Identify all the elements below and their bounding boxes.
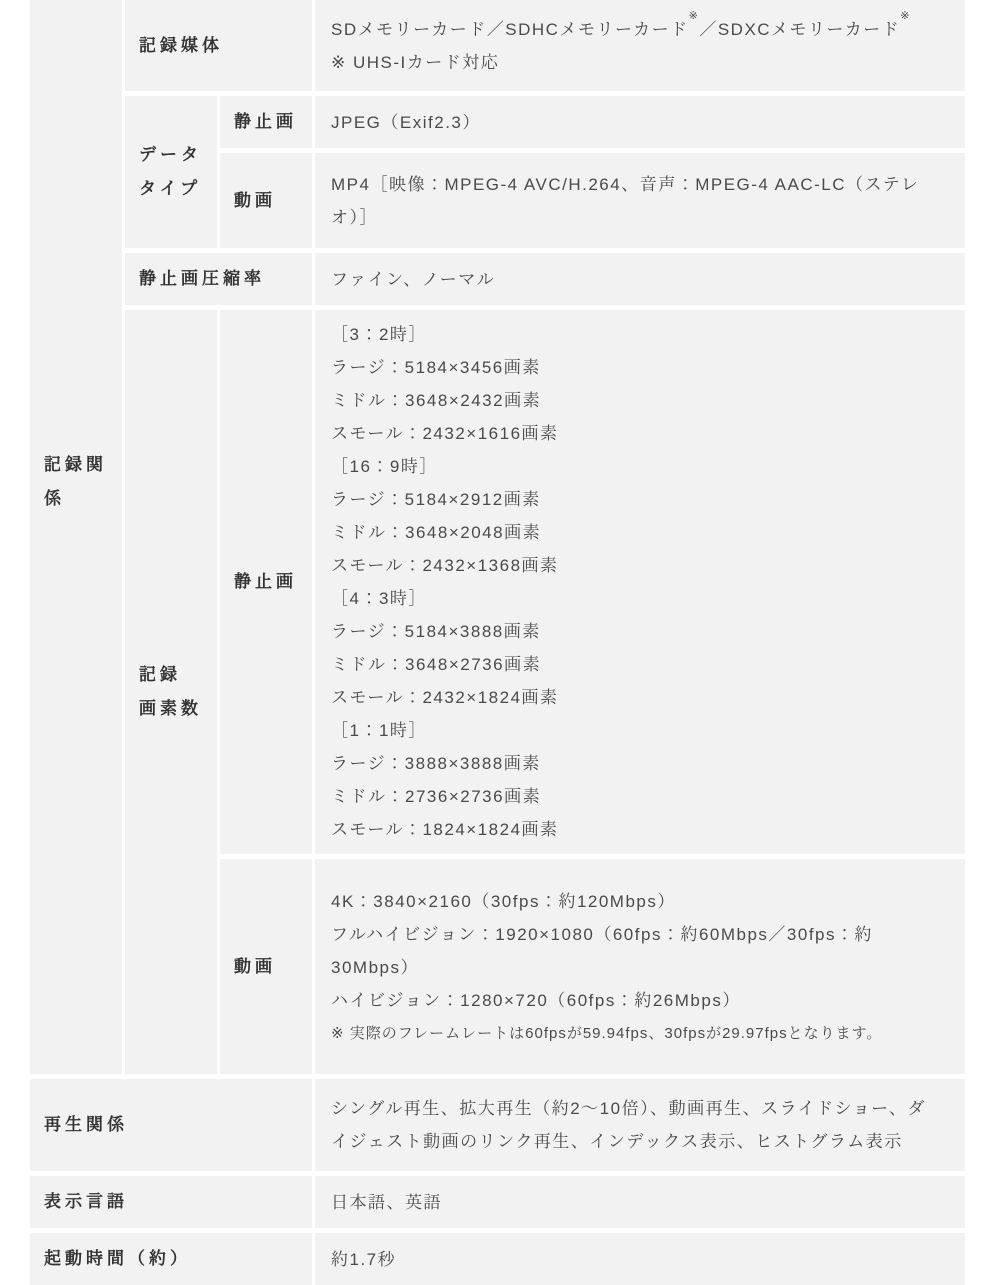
movie-framerate-note: ※ 実際のフレームレートは60fpsが59.94fps、30fpsが29.97f…	[331, 1019, 882, 1049]
value-compression: ファイン、ノーマル	[315, 253, 965, 305]
movie-recording-specs: 4K：3840×2160（30fps：約120Mbps） フルハイビジョン：19…	[331, 885, 939, 1017]
value-pixel-count-movie: 4K：3840×2160（30fps：約120Mbps） フルハイビジョン：19…	[315, 859, 965, 1074]
value-movie-format: MP4［映像：MPEG-4 AVC/H.264、音声：MPEG-4 AAC-LC…	[315, 153, 965, 248]
sub-label-movie: 動画	[220, 153, 312, 248]
section-label-recording: 記録関 係	[30, 0, 122, 1074]
row-label-recording-media: 記録媒体	[125, 0, 312, 91]
camera-spec-table: 記録関 係 記録媒体 SDメモリーカード／SDHCメモリーカード※／SDXCメモ…	[30, 0, 965, 1285]
sub-label-pixel-movie: 動画	[220, 859, 312, 1074]
recording-media-line: SDメモリーカード／SDHCメモリーカード※／SDXCメモリーカード※	[331, 13, 911, 46]
value-playback: シングル再生、拡大再生（約2～10倍）、動画再生、スライドショー、ダイジェスト動…	[315, 1079, 965, 1171]
row-label-pixel-count: 記録 画素数	[125, 310, 217, 1074]
sub-label-pixel-still: 静止画	[220, 310, 312, 854]
value-recording-media: SDメモリーカード／SDHCメモリーカード※／SDXCメモリーカード※ ※ UH…	[315, 0, 965, 91]
value-language: 日本語、英語	[315, 1176, 965, 1228]
value-pixel-count-still: ［3：2時］ ラージ：5184×3456画素 ミドル：3648×2432画素 ス…	[315, 310, 965, 854]
sub-label-still-image: 静止画	[220, 96, 312, 148]
row-label-startup-time: 起動時間（約）	[30, 1233, 312, 1285]
row-label-compression: 静止画圧縮率	[125, 253, 312, 305]
value-still-image-format: JPEG（Exif2.3）	[315, 96, 965, 148]
row-label-data-type: データ タイプ	[125, 96, 217, 248]
section-label-recording-text: 記録関 係	[44, 448, 107, 516]
value-startup-time: 約1.7秒	[315, 1233, 965, 1285]
row-label-playback: 再生関係	[30, 1079, 312, 1171]
recording-media-note: ※ UHS-Iカード対応	[331, 46, 499, 79]
row-label-language: 表示言語	[30, 1176, 312, 1228]
